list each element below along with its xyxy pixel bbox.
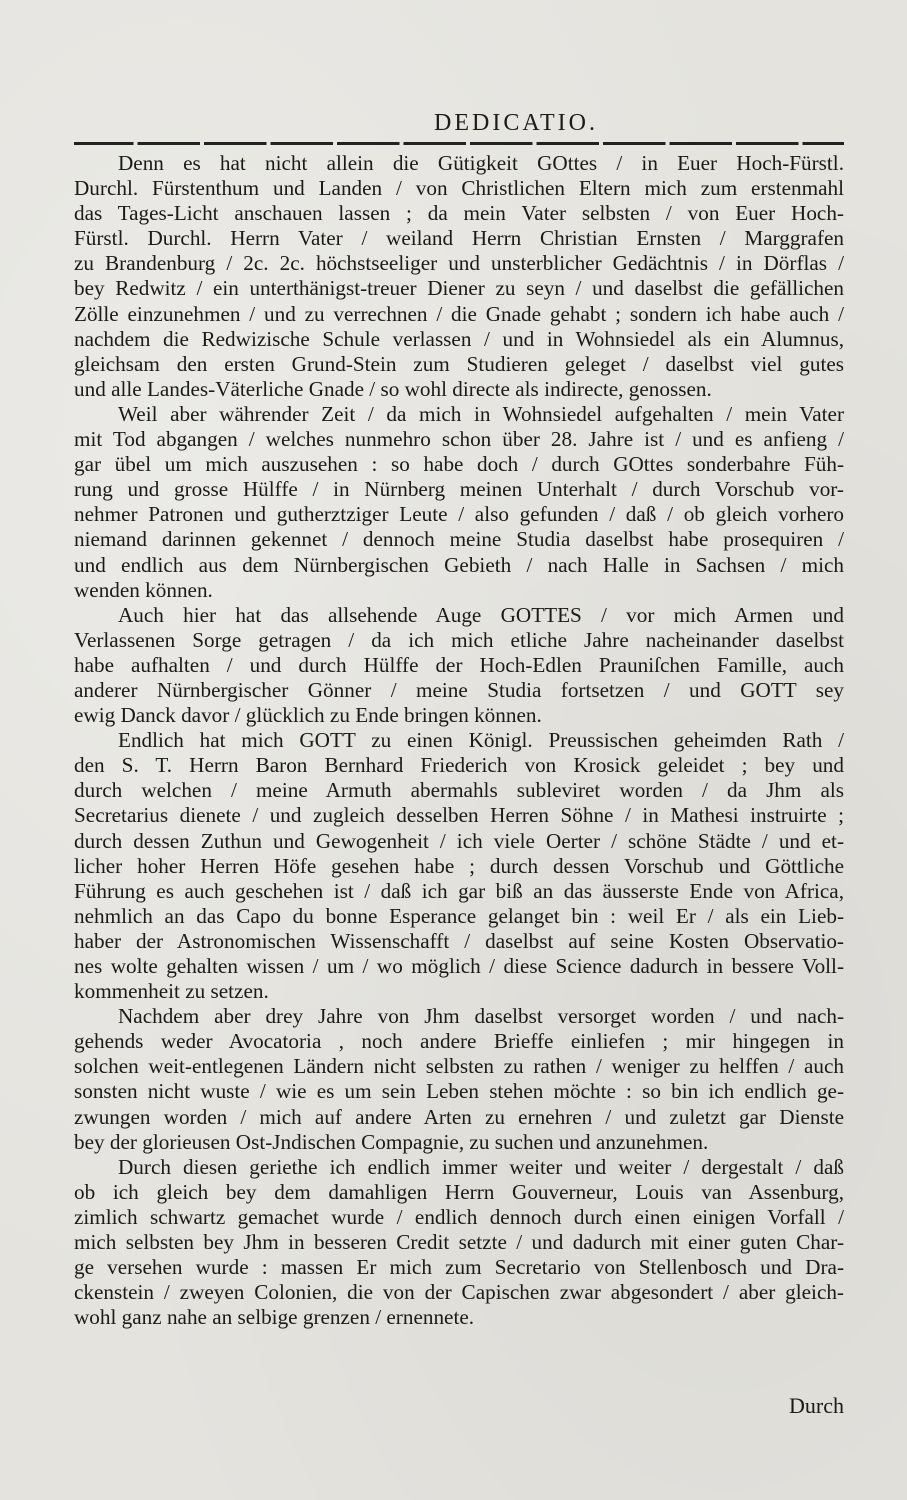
catchword: Durch [789,1393,844,1419]
document-page: DEDICATIO. Denn es hat nicht allein die … [74,108,844,1330]
text-line: mit Tod abgangen / welches nunmehro scho… [74,427,844,452]
text-line: Verlassenen Sorge getragen / da ich mich… [74,628,844,653]
text-line: nehmlich an das Capo du bonne Esperance … [74,904,844,929]
text-line: sonsten nicht wuste / wie es um sein Leb… [74,1079,844,1104]
text-line: ckenstein / zweyen Colonien, die von der… [74,1280,844,1305]
paragraph: Nachdem aber drey Jahre von Jhm daselbst… [74,1004,844,1155]
text-line: durch dessen Zuthun und Gewogenheit / ic… [74,829,844,854]
text-line: den S. T. Herrn Baron Bernhard Friederic… [74,753,844,778]
text-line: mich selbsten bey Jhm in besseren Credit… [74,1230,844,1255]
text-line: Secretarius dienete / und zugleich desse… [74,803,844,828]
text-line: haber der Astronomischen Wissenschafft /… [74,929,844,954]
text-line: das Tages-Licht anschauen lassen ; da me… [74,201,844,226]
text-line: anderer Nürnbergischer Gönner / meine St… [74,678,844,703]
text-line: Nachdem aber drey Jahre von Jhm daselbst… [74,1004,844,1029]
text-line: gar übel um mich auszusehen : so habe do… [74,452,844,477]
text-line: niemand darinnen gekennet / dennoch mein… [74,527,844,552]
text-line: nes wolte gehalten wissen / um / wo mögl… [74,954,844,979]
text-line: Durch diesen geriethe ich endlich immer … [74,1155,844,1180]
text-line: Weil aber währender Zeit / da mich in Wo… [74,402,844,427]
text-line: durch welchen / meine Armuth abermahls s… [74,778,844,803]
text-line: Endlich hat mich GOTT zu einen Königl. P… [74,728,844,753]
text-line: Auch hier hat das allsehende Auge GOTTES… [74,603,844,628]
text-line: Durchl. Fürstenthum und Landen / von Chr… [74,176,844,201]
paragraph: Endlich hat mich GOTT zu einen Königl. P… [74,728,844,1004]
text-line: ob ich gleich bey dem damahligen Herrn G… [74,1180,844,1205]
text-line: wenden können. [74,578,844,603]
text-line: bey Redwitz / ein unterthänigst-treuer D… [74,276,844,301]
text-line: zu Brandenburg / 2c. 2c. höchstseeliger … [74,251,844,276]
text-line: Zölle einzunehmen / und zu verrechnen / … [74,302,844,327]
paragraph: Denn es hat nicht allein die Gütigkeit G… [74,151,844,402]
text-line: ewig Danck davor / glücklich zu Ende bri… [74,703,844,728]
header-rule [74,142,844,145]
paragraph: Durch diesen geriethe ich endlich immer … [74,1155,844,1331]
text-line: rung und grosse Hülffe / in Nürnberg mei… [74,477,844,502]
paragraph: Weil aber währender Zeit / da mich in Wo… [74,402,844,603]
text-line: licher hoher Herren Höfe gesehen habe ; … [74,854,844,879]
text-line: nehmer Patronen und gutherztziger Leute … [74,502,844,527]
text-line: Denn es hat nicht allein die Gütigkeit G… [74,151,844,176]
text-line: kommenheit zu setzen. [74,979,844,1004]
text-line: Fürstl. Durchl. Herrn Vater / weiland He… [74,226,844,251]
text-line: und endlich aus dem Nürnbergischen Gebie… [74,553,844,578]
text-line: gleichsam den ersten Grund-Stein zum Stu… [74,352,844,377]
text-line: nachdem die Redwizische Schule verlassen… [74,327,844,352]
paragraph: Auch hier hat das allsehende Auge GOTTES… [74,603,844,728]
body-text: Denn es hat nicht allein die Gütigkeit G… [74,151,844,1330]
text-line: ge versehen wurde : massen Er mich zum S… [74,1255,844,1280]
text-line: wohl ganz nahe an selbige grenzen / erne… [74,1305,844,1330]
text-line: zwungen worden / mich auf andere Arten z… [74,1105,844,1130]
text-line: Führung es auch geschehen ist / daß ich … [74,879,844,904]
text-line: zimlich schwartz gemachet wurde / endlic… [74,1205,844,1230]
running-head: DEDICATIO. [434,108,694,138]
text-line: und alle Landes-Väterliche Gnade / so wo… [74,377,844,402]
text-line: solchen weit-entlegenen Ländern nicht se… [74,1054,844,1079]
text-line: habe aufhalten / und durch Hülffe der Ho… [74,653,844,678]
text-line: bey der glorieusen Ost-Jndischen Compagn… [74,1130,844,1155]
text-line: gehends weder Avocatoria , noch andere B… [74,1029,844,1054]
